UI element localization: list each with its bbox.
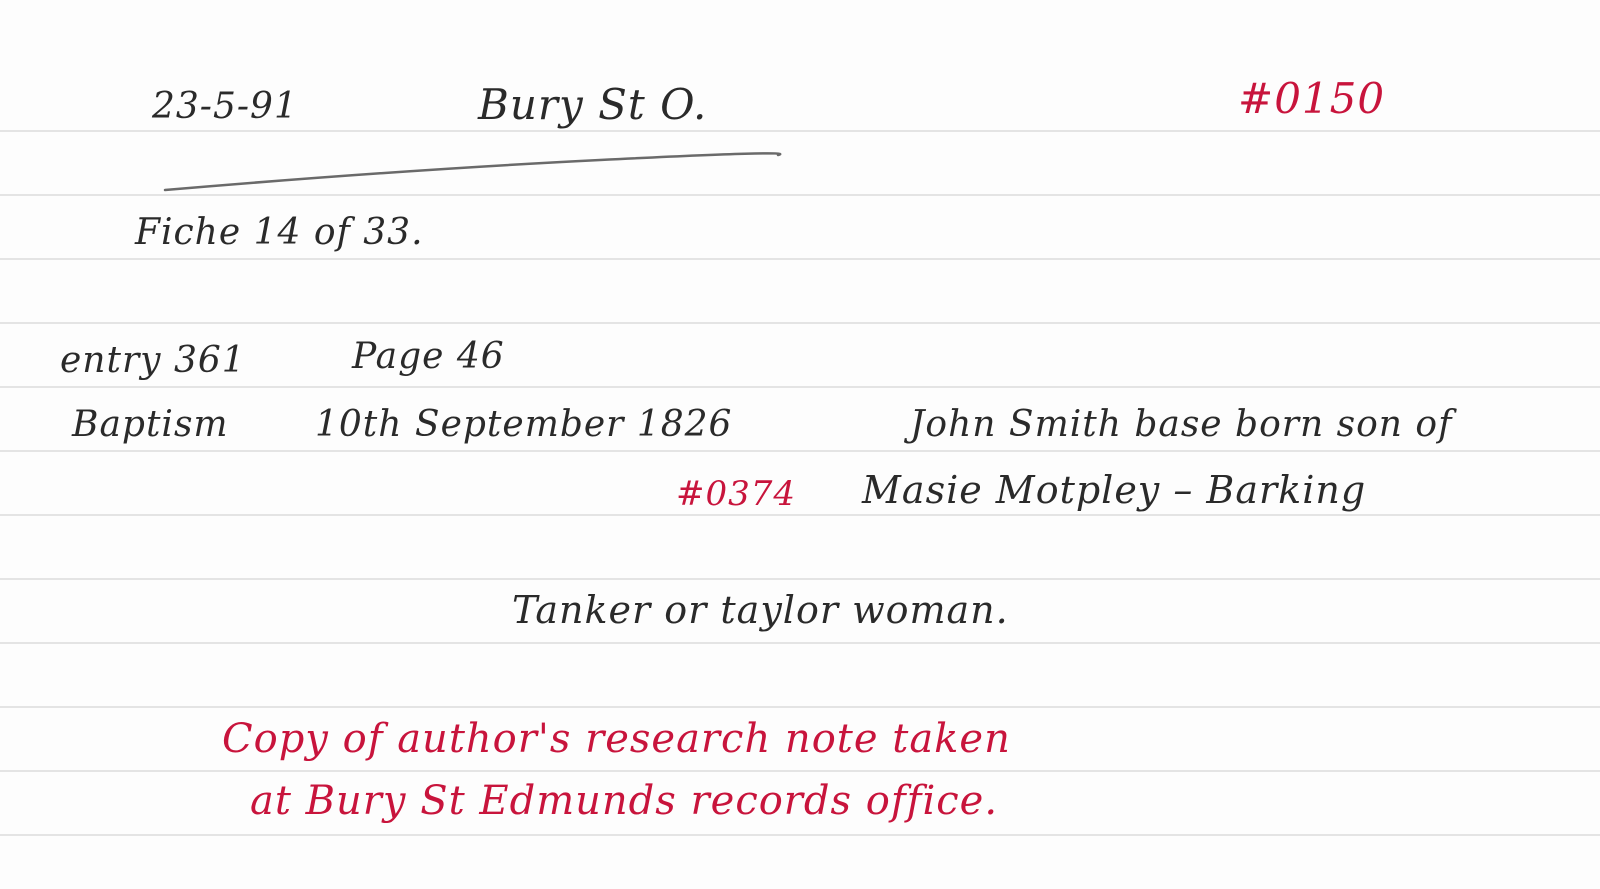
entry-number: entry 361 (60, 340, 246, 381)
ruled-line (0, 834, 1600, 836)
note-page: 23-5-91 Bury St O. #0150 Fiche 14 of 33.… (0, 0, 1600, 889)
reference-number: #0150 (1238, 74, 1385, 123)
ruled-line (0, 770, 1600, 772)
ruled-line (0, 514, 1600, 516)
ruled-line (0, 386, 1600, 388)
fiche-reference: Fiche 14 of 33. (135, 212, 424, 253)
mother-name: Masie Motpley – Barking (862, 468, 1366, 512)
ruled-line (0, 258, 1600, 260)
ruled-line (0, 706, 1600, 708)
ruled-line (0, 578, 1600, 580)
ruled-line (0, 450, 1600, 452)
occupation: Tanker or taylor woman. (512, 588, 1009, 632)
ruled-line (0, 130, 1600, 132)
ruled-line (0, 322, 1600, 324)
record-date: 10th September 1826 (315, 404, 732, 445)
ruled-line (0, 642, 1600, 644)
footnote-line-2: at Bury St Edmunds records office. (250, 778, 998, 824)
note-date: 23-5-91 (152, 86, 298, 127)
mother-reference: #0374 (676, 474, 796, 514)
record-event: Baptism (72, 404, 229, 445)
note-location: Bury St O. (478, 80, 707, 129)
record-description: John Smith base born son of (910, 404, 1452, 445)
ruled-line (0, 194, 1600, 196)
page-number: Page 46 (352, 336, 505, 377)
footnote-line-1: Copy of author's research note taken (222, 716, 1011, 762)
